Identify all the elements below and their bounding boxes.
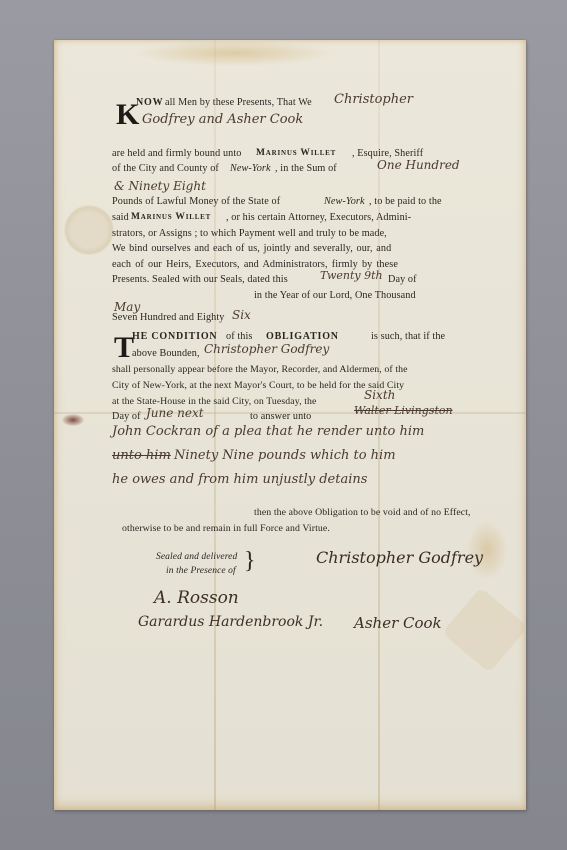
sealed-1: Sealed and delivered xyxy=(156,552,237,562)
cond-5: at the State-House in the said City, on … xyxy=(112,396,316,407)
line-7: We bind ourselves and each of us, jointl… xyxy=(112,243,391,254)
witness-1: A. Rosson xyxy=(154,588,239,608)
hand-names-1: Christopher xyxy=(334,92,413,107)
stain-right-2 xyxy=(442,587,526,673)
know-caps: NOW xyxy=(136,97,163,108)
hand-date-day: Twenty 9th xyxy=(320,269,383,282)
hand-names-2: Godfrey and Asher Cook xyxy=(142,112,303,127)
cond-6a: Day of xyxy=(112,411,141,422)
line-11: Seven Hundred and Eighty xyxy=(112,312,224,323)
hand-plea-3: he owes and from him unjustly detains xyxy=(112,472,367,487)
hand-sum-1: One Hundred xyxy=(377,158,460,172)
drop-cap-t: T xyxy=(114,331,134,365)
condition-caps: HE CONDITION xyxy=(132,331,217,342)
cond-6b: to answer unto xyxy=(250,411,311,422)
void-1: then the above Obligation to be void and… xyxy=(254,507,471,518)
line-3b: , in the Sum of xyxy=(275,163,337,174)
stain-left-circle xyxy=(64,205,114,255)
cond-4: City of New-York, at the next Mayor's Co… xyxy=(112,380,404,391)
line-1: all Men by these Presents, That We xyxy=(165,97,312,108)
line-5b: , or his certain Attorney, Executors, Ad… xyxy=(226,212,411,223)
hand-struck-name: Walter Livingston xyxy=(354,404,453,417)
brace: } xyxy=(244,548,256,575)
void-2: otherwise to be and remain in full Force… xyxy=(122,523,330,534)
new-york-italic-1: New-York xyxy=(230,163,271,174)
hand-plea-2: Ninety Nine pounds which to him xyxy=(174,448,396,463)
hand-court-day: Sixth xyxy=(364,388,395,402)
line-3a: of the City and County of xyxy=(112,163,219,174)
obligation-caps: OBLIGATION xyxy=(266,331,339,342)
hand-year: Six xyxy=(232,308,251,322)
line-9a: Presents. Sealed with our Seals, dated t… xyxy=(112,274,288,285)
cond-1b: is such, that if the xyxy=(371,331,445,342)
stain-top xyxy=(134,40,334,66)
line-10: in the Year of our Lord, One Thousand xyxy=(254,290,416,301)
hand-plea-1: John Cockran of a plea that he render un… xyxy=(112,424,424,439)
hand-plea-2-struck: unto him xyxy=(112,448,171,463)
line-5a: said xyxy=(112,212,129,223)
line-2a: are held and firmly bound unto xyxy=(112,148,241,159)
signature-principal: Christopher Godfrey xyxy=(316,548,483,567)
witness-2: Garardus Hardenbrook Jr. xyxy=(138,614,323,630)
stain-ink-blot xyxy=(62,414,84,426)
line-9b: Day of xyxy=(388,274,417,285)
hand-sum-2: & Ninety Eight xyxy=(114,179,206,193)
signature-surety: Asher Cook xyxy=(354,614,442,632)
hand-bounden: Christopher Godfrey xyxy=(204,342,329,356)
line-4b: , to be paid to the xyxy=(369,196,442,207)
marinus-willet-2: Marinus Willet xyxy=(131,212,211,222)
new-york-italic-2: New-York xyxy=(324,196,365,207)
cond-2: above Bounden, xyxy=(132,348,200,359)
document-sheet: K NOW all Men by these Presents, That We… xyxy=(54,40,526,810)
cond-1a: of this xyxy=(226,331,252,342)
marinus-willet: Marinus Willet xyxy=(256,148,336,158)
line-6: strators, or Assigns ; to which Payment … xyxy=(112,228,387,239)
hand-court-month: June next xyxy=(146,406,204,420)
cond-3: shall personally appear before the Mayor… xyxy=(112,364,408,375)
line-4a: Pounds of Lawful Money of the State of xyxy=(112,196,280,207)
sealed-2: in the Presence of xyxy=(166,566,236,576)
